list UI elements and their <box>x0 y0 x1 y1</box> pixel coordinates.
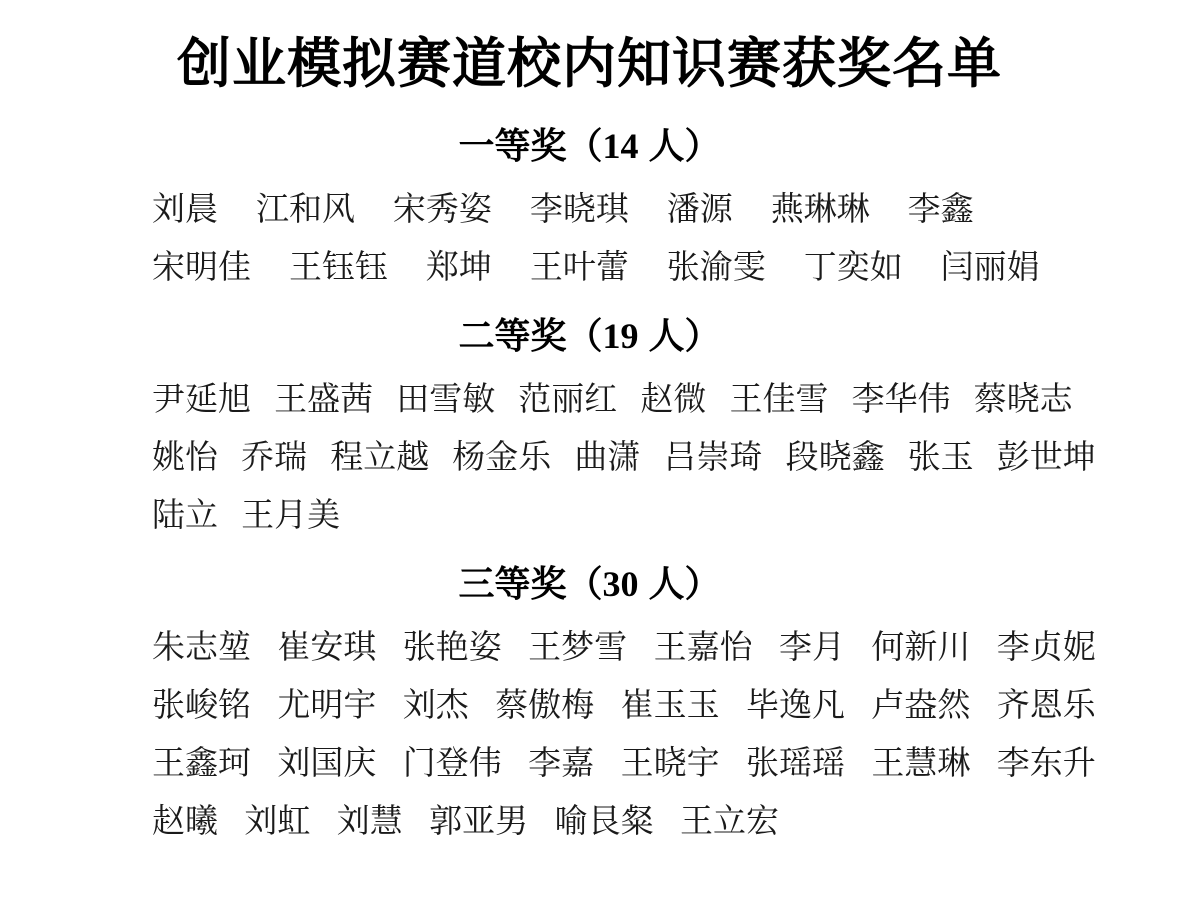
winner-name: 赵曦 <box>152 792 218 850</box>
winner-name: 江和风 <box>256 180 355 238</box>
third-prize-count: 30 <box>603 564 639 604</box>
winner-name: 程立越 <box>330 428 429 486</box>
second-prize-winner-list: 尹延旭王盛茜田雪敏范丽红赵微王佳雪李华伟蔡晓志姚怡乔瑞程立越杨金乐曲潇吕崇琦段晓… <box>0 370 1179 544</box>
winner-name: 崔安琪 <box>277 618 376 676</box>
winner-name: 乔瑞 <box>241 428 307 486</box>
winner-row: 陆立王月美 <box>152 486 1119 544</box>
winner-row: 张峻铭尤明宇刘杰蔡傲梅崔玉玉毕逸凡卢盎然齐恩乐 <box>152 676 1119 734</box>
section-first-prize: 一等奖（14 人） 刘晨江和风宋秀姿李晓琪潘源燕琳琳李鑫宋明佳王钰钰郑坤王叶蕾张… <box>0 120 1179 296</box>
winner-name: 杨金乐 <box>452 428 551 486</box>
winner-name: 卢盎然 <box>871 676 970 734</box>
winner-name: 毕逸凡 <box>746 676 845 734</box>
third-prize-heading-suffix: 人） <box>639 563 721 604</box>
section-third-prize: 三等奖（30 人） 朱志堃崔安琪张艳姿王梦雪王嘉怡李月何新川李贞妮张峻铭尤明宇刘… <box>0 558 1179 850</box>
winner-name: 张瑶瑶 <box>746 734 845 792</box>
second-prize-count: 19 <box>603 316 639 356</box>
winner-name: 彭世坤 <box>997 428 1096 486</box>
winner-name: 崔玉玉 <box>621 676 720 734</box>
winner-name: 王梦雪 <box>528 618 627 676</box>
winner-name: 王晓宇 <box>621 734 720 792</box>
winner-name: 宋秀姿 <box>393 180 492 238</box>
first-prize-heading-label: 一等奖（ <box>458 125 602 166</box>
winner-name: 王月美 <box>241 486 340 544</box>
third-prize-heading: 三等奖（30 人） <box>0 558 1179 610</box>
section-second-prize: 二等奖（19 人） 尹延旭王盛茜田雪敏范丽红赵微王佳雪李华伟蔡晓志姚怡乔瑞程立越… <box>0 310 1179 544</box>
winner-name: 刘晨 <box>152 180 218 238</box>
second-prize-heading-suffix: 人） <box>639 315 721 356</box>
winner-name: 刘杰 <box>403 676 469 734</box>
winner-name: 张峻铭 <box>152 676 251 734</box>
winner-name: 王钰钰 <box>289 238 388 296</box>
winner-name: 李嘉 <box>528 734 594 792</box>
winner-name: 李鑫 <box>908 180 974 238</box>
winner-row: 刘晨江和风宋秀姿李晓琪潘源燕琳琳李鑫 <box>152 180 1119 238</box>
winner-name: 田雪敏 <box>396 370 495 428</box>
winner-name: 蔡傲梅 <box>495 676 594 734</box>
winner-name: 郭亚男 <box>429 792 528 850</box>
winner-name: 李贞妮 <box>997 618 1096 676</box>
winner-name: 喻艮粲 <box>555 792 654 850</box>
winner-name: 陆立 <box>152 486 218 544</box>
winner-name: 王鑫珂 <box>152 734 251 792</box>
winner-name: 赵微 <box>640 370 706 428</box>
winner-name: 张玉 <box>908 428 974 486</box>
winner-name: 刘慧 <box>337 792 403 850</box>
page-title: 创业模拟赛道校内知识赛获奖名单 <box>0 22 1179 106</box>
winner-name: 段晓鑫 <box>786 428 885 486</box>
second-prize-heading: 二等奖（19 人） <box>0 310 1179 362</box>
winner-name: 门登伟 <box>403 734 502 792</box>
winner-name: 李华伟 <box>852 370 951 428</box>
winner-name: 姚怡 <box>152 428 218 486</box>
winner-name: 燕琳琳 <box>771 180 870 238</box>
winner-name: 尤明宇 <box>277 676 376 734</box>
winner-name: 朱志堃 <box>152 618 251 676</box>
winner-name: 王嘉怡 <box>654 618 753 676</box>
third-prize-heading-label: 三等奖（ <box>458 563 602 604</box>
first-prize-winner-list: 刘晨江和风宋秀姿李晓琪潘源燕琳琳李鑫宋明佳王钰钰郑坤王叶蕾张渝雯丁奕如闫丽娟 <box>0 180 1179 296</box>
winner-name: 张艳姿 <box>403 618 502 676</box>
winner-name: 刘国庆 <box>277 734 376 792</box>
first-prize-heading: 一等奖（14 人） <box>0 120 1179 172</box>
award-document-page: 创业模拟赛道校内知识赛获奖名单 一等奖（14 人） 刘晨江和风宋秀姿李晓琪潘源燕… <box>0 0 1179 914</box>
winner-name: 范丽红 <box>518 370 617 428</box>
first-prize-count: 14 <box>603 126 639 166</box>
winner-name: 潘源 <box>667 180 733 238</box>
winner-name: 丁奕如 <box>804 238 903 296</box>
first-prize-heading-suffix: 人） <box>639 125 721 166</box>
winner-row: 朱志堃崔安琪张艳姿王梦雪王嘉怡李月何新川李贞妮 <box>152 618 1119 676</box>
winner-row: 赵曦刘虹刘慧郭亚男喻艮粲王立宏 <box>152 792 1119 850</box>
winner-name: 李东升 <box>997 734 1096 792</box>
winner-name: 曲潇 <box>574 428 640 486</box>
winner-name: 齐恩乐 <box>997 676 1096 734</box>
winner-name: 王立宏 <box>680 792 779 850</box>
winner-name: 李月 <box>779 618 845 676</box>
winner-name: 王叶蕾 <box>530 238 629 296</box>
winner-name: 吕崇琦 <box>663 428 762 486</box>
winner-name: 蔡晓志 <box>974 370 1073 428</box>
winner-name: 宋明佳 <box>152 238 251 296</box>
winner-name: 王盛茜 <box>274 370 373 428</box>
winner-name: 尹延旭 <box>152 370 251 428</box>
winner-row: 尹延旭王盛茜田雪敏范丽红赵微王佳雪李华伟蔡晓志 <box>152 370 1119 428</box>
winner-name: 李晓琪 <box>530 180 629 238</box>
winner-row: 王鑫珂刘国庆门登伟李嘉王晓宇张瑶瑶王慧琳李东升 <box>152 734 1119 792</box>
winner-name: 郑坤 <box>426 238 492 296</box>
winner-name: 何新川 <box>871 618 970 676</box>
winner-name: 张渝雯 <box>667 238 766 296</box>
winner-name: 闫丽娟 <box>941 238 1040 296</box>
winner-row: 宋明佳王钰钰郑坤王叶蕾张渝雯丁奕如闫丽娟 <box>152 238 1119 296</box>
winner-name: 刘虹 <box>244 792 310 850</box>
winner-name: 王佳雪 <box>729 370 828 428</box>
second-prize-heading-label: 二等奖（ <box>458 315 602 356</box>
winner-name: 王慧琳 <box>871 734 970 792</box>
third-prize-winner-list: 朱志堃崔安琪张艳姿王梦雪王嘉怡李月何新川李贞妮张峻铭尤明宇刘杰蔡傲梅崔玉玉毕逸凡… <box>0 618 1179 850</box>
winner-row: 姚怡乔瑞程立越杨金乐曲潇吕崇琦段晓鑫张玉彭世坤 <box>152 428 1119 486</box>
